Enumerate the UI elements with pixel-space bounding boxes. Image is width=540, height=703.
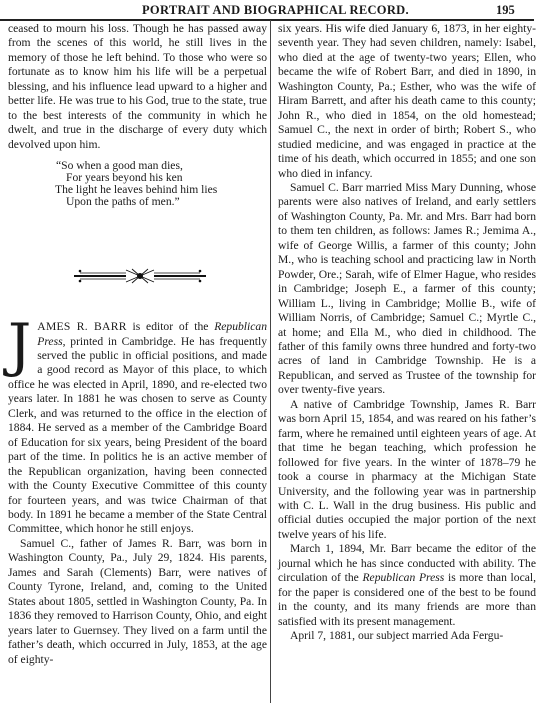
paragraph-editor: March 1, 1894, Mr. Barr became the edito… xyxy=(278,542,536,629)
poem-quote: “So when a good man dies, For years beyo… xyxy=(8,160,267,208)
paragraph-children: six years. His wife died January 6, 1873… xyxy=(278,22,536,181)
biography-section: JAMES R. BARR is editor of the Republica… xyxy=(8,320,267,667)
paragraph-samuel: Samuel C., father of James R. Barr, was … xyxy=(8,537,267,667)
text-run: is editor of the xyxy=(127,320,214,333)
subject-name: AMES R. BARR xyxy=(37,320,127,333)
right-column: six years. His wife died January 6, 1873… xyxy=(278,22,536,643)
page-number: 195 xyxy=(496,3,515,18)
biography-intro: JAMES R. BARR is editor of the Republica… xyxy=(8,320,267,537)
left-column: ceased to mourn his loss. Though he has … xyxy=(8,22,267,667)
text-run: , printed in Cambridge. He has frequentl… xyxy=(8,335,267,536)
ornament-divider-icon xyxy=(70,266,210,286)
page-header: PORTRAIT AND BIOGRAPHICAL RECORD. 195 xyxy=(0,0,540,18)
closing-paragraph: ceased to mourn his loss. Though he has … xyxy=(8,22,267,152)
poem-line: Upon the paths of men.” xyxy=(8,196,267,208)
paragraph-career: A native of Cambridge Township, James R.… xyxy=(278,398,536,543)
column-divider xyxy=(270,20,271,703)
header-rule xyxy=(0,19,534,21)
newspaper-title: Republican Press xyxy=(362,571,444,584)
paragraph-marriage: Samuel C. Barr married Miss Mary Dunning… xyxy=(278,181,536,398)
running-title: PORTRAIT AND BIOGRAPHICAL RECORD. xyxy=(142,3,409,18)
paragraph-wife: April 7, 1881, our subject married Ada F… xyxy=(278,629,536,643)
drop-cap: J xyxy=(8,322,31,368)
